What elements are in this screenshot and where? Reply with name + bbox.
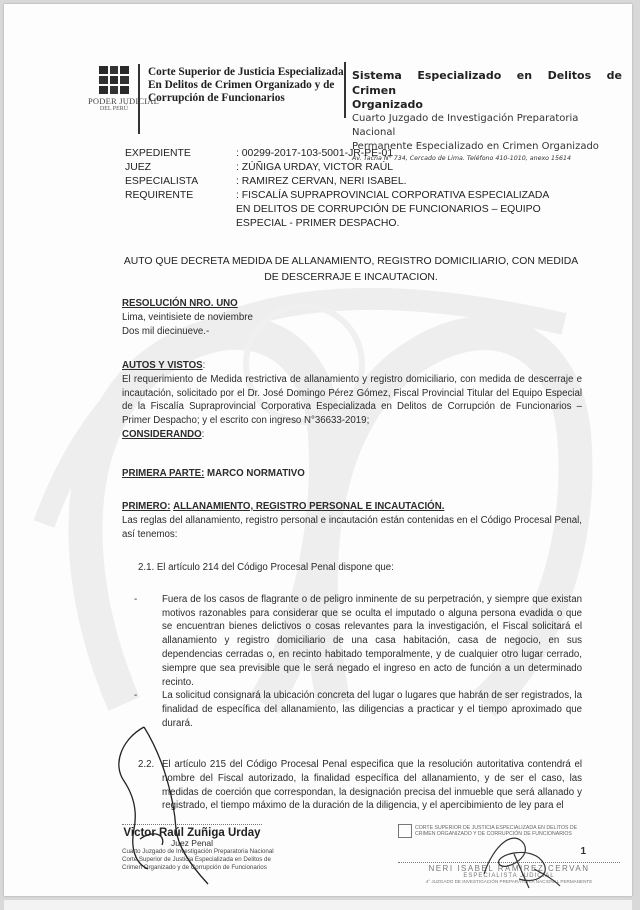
document-page: PODER JUDICIAL DEL PERÚ Corte Superior d…	[4, 4, 632, 896]
logo-subname: DEL PERÚ	[88, 106, 140, 112]
case-info-label: EXPEDIENTE	[125, 147, 236, 161]
signature-line	[122, 824, 262, 825]
case-info-row: JUEZ : ZÚÑIGA URDAY, VICTOR RAÚL	[125, 161, 566, 175]
primera-parte-label: PRIMERA PARTE:	[122, 468, 204, 479]
heading-colon: :	[203, 360, 206, 371]
court-line: Corrupción de Funcionarios	[148, 92, 348, 105]
case-info-row: EXPEDIENTE : 00299-2017-103-5001-JR-PE-0…	[125, 147, 566, 161]
header-divider	[344, 62, 346, 118]
stamp-header: CORTE SUPERIOR DE JUSTICIA ESPECIALIZADA…	[398, 824, 620, 838]
document-title: AUTO QUE DECRETA MEDIDA DE ALLANAMIENTO,…	[116, 254, 586, 286]
heading-colon: :	[202, 429, 205, 440]
resolution-heading: RESOLUCIÓN NRO. UNO	[122, 297, 582, 311]
stamp-court: CORTE SUPERIOR DE JUSTICIA ESPECIALIZADA…	[415, 825, 577, 838]
resolution-block: RESOLUCIÓN NRO. UNO Lima, veintisiete de…	[122, 297, 582, 338]
case-info-value: : FISCALÍA SUPRAPROVINCIAL CORPORATIVA E…	[236, 189, 566, 231]
section-2-2-paragraph: 2.2. El artículo 215 del Código Procesal…	[122, 758, 582, 813]
primero-title: ALLANAMIENTO, REGISTRO PERSONAL E INCAUT…	[173, 501, 444, 512]
autos-vistos-block: AUTOS Y VISTOS: El requerimiento de Medi…	[122, 359, 582, 442]
primero-label: PRIMERO:	[122, 501, 170, 512]
case-info-label: JUEZ	[125, 161, 236, 175]
primero-intro: Las reglas del allanamiento, registro pe…	[122, 514, 582, 542]
court-office: Cuarto Juzgado de Investigación Preparat…	[352, 112, 622, 140]
case-info-value: : ZÚÑIGA URDAY, VICTOR RAÚL	[236, 161, 566, 175]
header-divider	[138, 64, 140, 134]
judge-org-line: Crimen Organizado y de Corrupción de Fun…	[122, 864, 262, 872]
considerando-row: CONSIDERANDO:	[122, 428, 582, 442]
system-title: Sistema Especializado en Delitos de Crim…	[352, 68, 622, 98]
autos-vistos-heading-row: AUTOS Y VISTOS:	[122, 359, 582, 373]
considerando-heading: CONSIDERANDO	[122, 429, 202, 440]
case-info-value: : RAMIREZ CERVAN, NERI ISABEL.	[236, 175, 566, 189]
primera-parte-title: MARCO NORMATIVO	[204, 468, 304, 479]
bullet-marker: -	[134, 689, 137, 703]
specialist-name: NERI ISABEL RAMIREZ CERVAN	[398, 864, 620, 873]
section-2-1: 2.1. El artículo 214 del Código Procesal…	[122, 561, 582, 731]
court-name: Corte Superior de Justicia Especializada…	[148, 66, 348, 105]
judge-org-line: Corte Superior de Justicia Especializada…	[122, 856, 262, 864]
system-title-cont: Organizado	[352, 98, 622, 112]
case-info-row: REQUIRENTE : FISCALÍA SUPRAPROVINCIAL CO…	[125, 189, 566, 231]
list-item-text: Fuera de los casos de flagrante o de pel…	[162, 594, 582, 688]
poder-judicial-emblem-icon	[99, 66, 129, 94]
poder-judicial-stamp-icon	[398, 824, 412, 838]
case-info-value: : 00299-2017-103-5001-JR-PE-01	[236, 147, 566, 161]
list-item: - La solicitud consignará la ubicación c…	[122, 689, 582, 730]
case-info-label: REQUIRENTE	[125, 189, 236, 231]
primero-heading-row: PRIMERO: ALLANAMIENTO, REGISTRO PERSONAL…	[122, 500, 582, 514]
court-line: Corte Superior de Justicia Especializada	[148, 66, 348, 79]
specialist-org: 4° JUZGADO DE INVESTIGACIÓN PREPARATORIA…	[398, 879, 620, 884]
signature-line	[398, 862, 620, 863]
case-info: EXPEDIENTE : 00299-2017-103-5001-JR-PE-0…	[125, 147, 566, 231]
judge-org-line: Cuarto Juzgado de Investigación Preparat…	[122, 848, 262, 856]
stamp-court-line: CRIMEN ORGANIZADO Y DE CORRUPCIÓN DE FUN…	[415, 831, 577, 838]
case-info-row: ESPECIALISTA : RAMIREZ CERVAN, NERI ISAB…	[125, 175, 566, 189]
section-2-2: 2.2. El artículo 215 del Código Procesal…	[122, 758, 582, 813]
primera-parte: PRIMERA PARTE: MARCO NORMATIVO	[122, 467, 582, 481]
case-info-label: ESPECIALISTA	[125, 175, 236, 189]
specialist-stamp: CORTE SUPERIOR DE JUSTICIA ESPECIALIZADA…	[398, 824, 620, 884]
list-item: - Fuera de los casos de flagrante o de p…	[122, 593, 582, 690]
next-page-edge	[4, 900, 632, 910]
primero-block: PRIMERO: ALLANAMIENTO, REGISTRO PERSONAL…	[122, 500, 582, 541]
section-2-1-heading: 2.1. El artículo 214 del Código Procesal…	[122, 561, 582, 575]
autos-vistos-heading: AUTOS Y VISTOS	[122, 360, 203, 371]
resolution-year: Dos mil diecinueve.-	[122, 325, 582, 339]
resolution-date: Lima, veintisiete de noviembre	[122, 311, 582, 325]
judge-role: Juez Penal	[122, 839, 262, 848]
poder-judicial-logo: PODER JUDICIAL DEL PERÚ	[88, 66, 140, 112]
section-number: 2.2.	[138, 758, 154, 772]
autos-vistos-text: El requerimiento de Medida restrictiva d…	[122, 373, 582, 428]
list-item-text: La solicitud consignará la ubicación con…	[162, 690, 582, 729]
judge-signature-block: Victor Raúl Zuñiga Urday Juez Penal Cuar…	[122, 824, 262, 872]
bullet-marker: -	[134, 593, 137, 607]
logo-name: PODER JUDICIAL	[88, 96, 140, 106]
page-number: 1	[580, 846, 586, 857]
court-line: En Delitos de Crimen Organizado y de	[148, 79, 348, 92]
section-2-2-text: El artículo 215 del Código Procesal Pena…	[162, 759, 582, 811]
